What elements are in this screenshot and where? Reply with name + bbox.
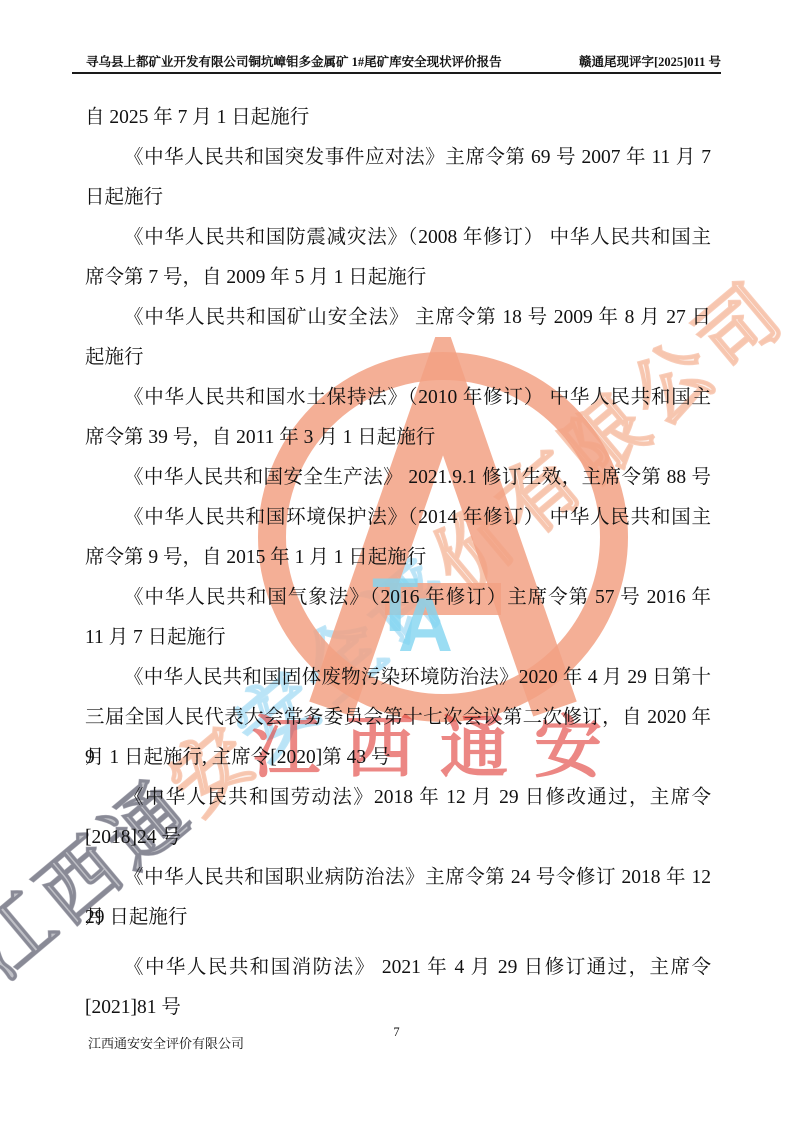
- body-line: 《中华人民共和国消防法》 2021 年 4 月 29 日修订通过，主席令: [85, 948, 711, 988]
- body-line: 《中华人民共和国环境保护法》（2014 年修订） 中华人民共和国主: [85, 498, 711, 538]
- body-line: 《中华人民共和国突发事件应对法》主席令第 69 号 2007 年 11 月 7: [85, 138, 711, 178]
- page-header: 寻乌县上都矿业开发有限公司铜坑嶂钼多金属矿 1#尾矿库安全现状评价报告 赣通尾现…: [72, 50, 721, 74]
- body-line: 《中华人民共和国防震减灾法》（2008 年修订） 中华人民共和国主: [85, 218, 711, 258]
- body-line: 席令第 7 号，自 2009 年 5 月 1 日起施行: [85, 258, 711, 298]
- page-number: 7: [0, 1025, 793, 1040]
- body-line: 《中华人民共和国固体废物污染环境防治法》2020 年 4 月 29 日第十: [85, 658, 711, 698]
- document-page: 江西通安安全评价有限公司 T A 江西通安 寻乌县上都矿业开发有限公司铜坑嶂钼多…: [0, 0, 793, 1122]
- body-line: 起施行: [85, 338, 711, 378]
- body-text: 自 2025 年 7 月 1 日起施行《中华人民共和国突发事件应对法》主席令第 …: [85, 98, 711, 1028]
- body-line: 月 1 日起施行, 主席令[2020]第 43 号: [85, 738, 711, 778]
- body-line: 《中华人民共和国矿山安全法》 主席令第 18 号 2009 年 8 月 27 日: [85, 298, 711, 338]
- watermark-char: 江: [0, 872, 78, 995]
- body-line: 日起施行: [85, 178, 711, 218]
- body-line: 《中华人民共和国劳动法》2018 年 12 月 29 日修改通过，主席令: [85, 778, 711, 818]
- body-line: 11 月 7 日起施行: [85, 618, 711, 658]
- body-line: 《中华人民共和国气象法》（2016 年修订）主席令第 57 号 2016 年: [85, 578, 711, 618]
- body-line: 29 日起施行: [85, 898, 711, 938]
- body-line: 三届全国人民代表大会常务委员会第十七次会议第二次修订，自 2020 年 9: [85, 698, 711, 738]
- body-line: 自 2025 年 7 月 1 日起施行: [85, 98, 711, 138]
- header-report-title: 寻乌县上都矿业开发有限公司铜坑嶂钼多金属矿 1#尾矿库安全现状评价报告: [72, 52, 502, 72]
- body-line: 席令第 9 号，自 2015 年 1 月 1 日起施行: [85, 538, 711, 578]
- body-line: [2018]24 号: [85, 818, 711, 858]
- body-line: 《中华人民共和国安全生产法》 2021.9.1 修订生效，主席令第 88 号: [85, 458, 711, 498]
- body-line: 《中华人民共和国水土保持法》（2010 年修订） 中华人民共和国主: [85, 378, 711, 418]
- header-doc-number: 赣通尾现评字[2025]011 号: [579, 52, 721, 72]
- body-line: 席令第 39 号，自 2011 年 3 月 1 日起施行: [85, 418, 711, 458]
- body-line: 《中华人民共和国职业病防治法》主席令第 24 号令修订 2018 年 12 月: [85, 858, 711, 898]
- body-line: [2021]81 号: [85, 988, 711, 1028]
